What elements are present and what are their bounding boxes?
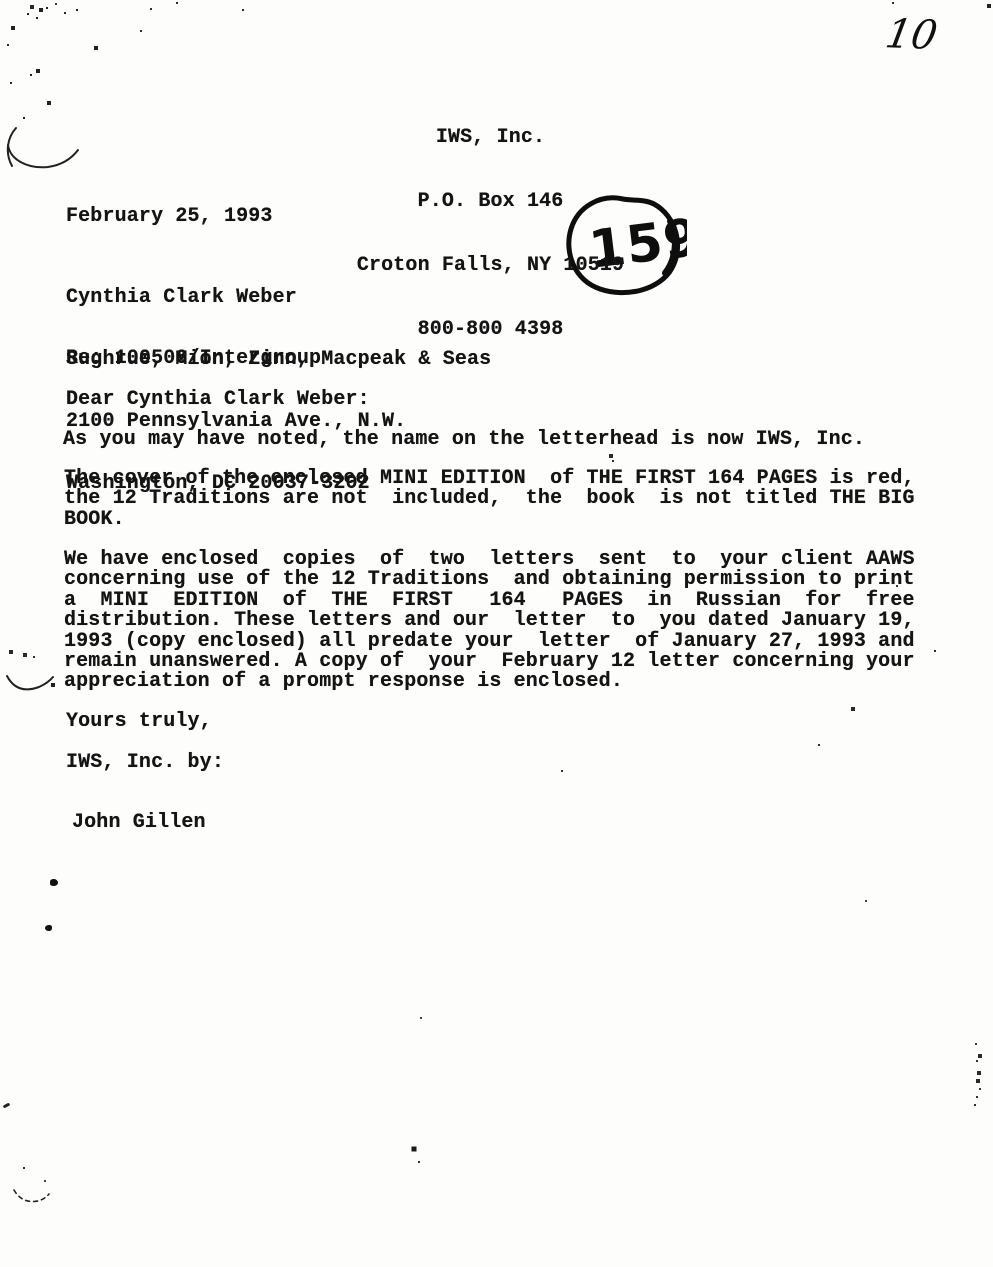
letterhead-company-name: IWS, Inc. <box>0 127 987 148</box>
signer-name: John Gillen <box>72 813 206 833</box>
salutation: Dear Cynthia Clark Weber: <box>66 390 370 410</box>
scanned-letter-page: 10 159 IWS, Inc. P.O. Box 146 Croton Fal… <box>0 0 993 1267</box>
recipient-name: Cynthia Clark Weber <box>66 288 491 309</box>
ink-blob <box>45 925 52 931</box>
pencil-mark-curve-bottom <box>12 1184 52 1206</box>
pencil-mark-curve-middle <box>5 668 57 698</box>
body-paragraph-2: The cover of the enclosed MINI EDITION o… <box>64 469 915 530</box>
signature-company-line: IWS, Inc. by: <box>66 753 224 773</box>
ink-blob <box>50 879 58 886</box>
pencil-tick-mark <box>3 1103 11 1109</box>
closing-line: Yours truly, <box>66 712 212 732</box>
scan-noise-specks-right-edge <box>0 0 2 2</box>
body-paragraph-1: As you may have noted, the name on the l… <box>63 430 865 450</box>
handwritten-page-number: 10 <box>882 11 941 59</box>
body-paragraph-3: We have enclosed copies of two letters s… <box>64 550 915 693</box>
letter-date: February 25, 1993 <box>66 207 273 227</box>
re-line: Re: 100506/Intergroup <box>66 349 321 369</box>
